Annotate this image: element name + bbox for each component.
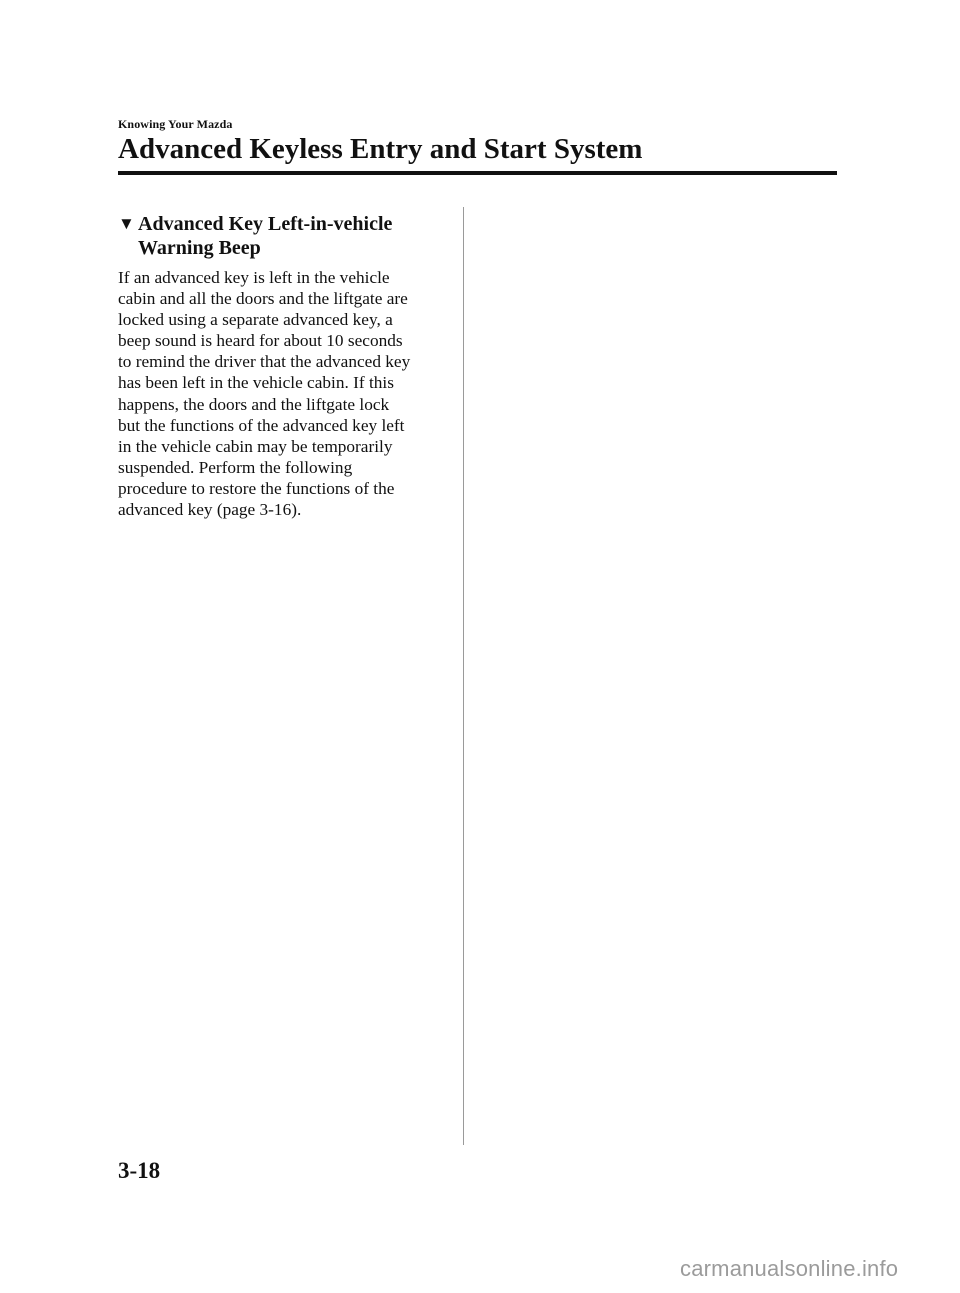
paragraph-line: beep sound is heard for about 10 seconds — [118, 330, 448, 351]
paragraph-line: procedure to restore the functions of th… — [118, 478, 448, 499]
subheading-line-1: Advanced Key Left-in-vehicle — [138, 213, 392, 235]
paragraph-line: but the functions of the advanced key le… — [118, 415, 448, 436]
page-title: Advanced Keyless Entry and Start System — [118, 131, 642, 167]
triangle-down-icon: ▼ — [118, 212, 138, 236]
subheading-line-2: Warning Beep — [118, 236, 448, 260]
page-number: 3-18 — [118, 1158, 160, 1184]
paragraph-line: has been left in the vehicle cabin. If t… — [118, 372, 448, 393]
paragraph-line: to remind the driver that the advanced k… — [118, 351, 448, 372]
paragraph-line: suspended. Perform the following — [118, 457, 448, 478]
paragraph-line-page-reference: advanced key (page 3-16). — [118, 499, 448, 520]
column-divider — [463, 207, 464, 1145]
paragraph-line: in the vehicle cabin may be temporarily — [118, 436, 448, 457]
body-paragraph: If an advanced key is left in the vehicl… — [118, 267, 448, 520]
section-label: Knowing Your Mazda — [118, 117, 232, 132]
subheading: ▼Advanced Key Left-in-vehicle Warning Be… — [118, 212, 448, 260]
paragraph-line: If an advanced key is left in the vehicl… — [118, 267, 448, 288]
paragraph-line: happens, the doors and the liftgate lock — [118, 394, 448, 415]
title-rule-divider — [118, 171, 837, 175]
watermark-text: carmanualsonline.info — [680, 1256, 898, 1282]
paragraph-line: cabin and all the doors and the liftgate… — [118, 288, 448, 309]
paragraph-line: locked using a separate advanced key, a — [118, 309, 448, 330]
